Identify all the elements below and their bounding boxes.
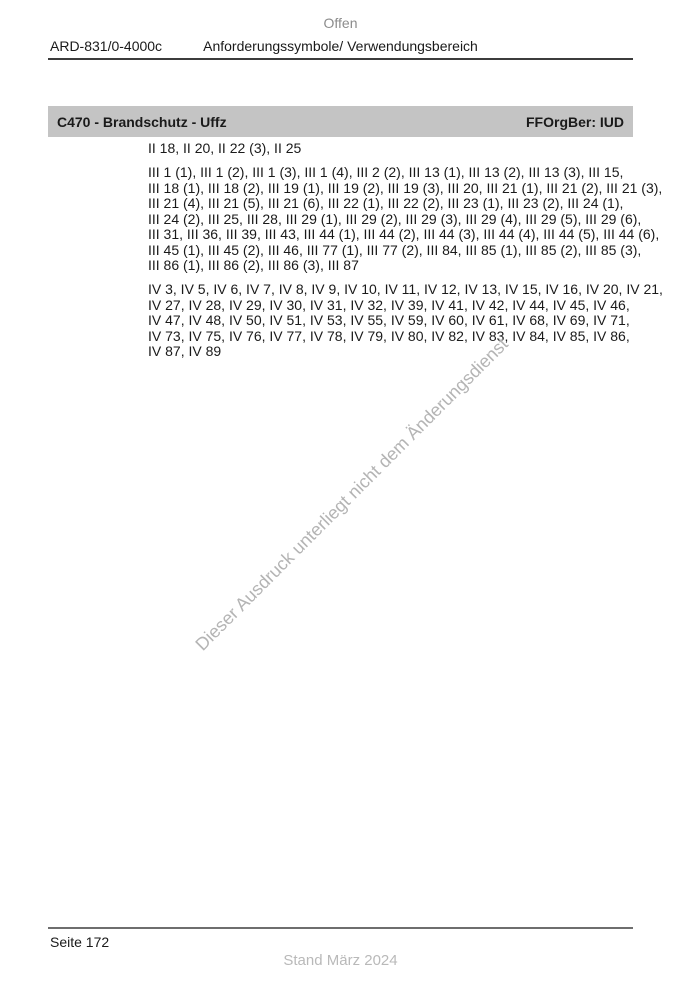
section-title: C470 - Brandschutz - Uffz — [57, 114, 227, 130]
symbol-line: III 45 (1), III 45 (2), III 46, III 77 (… — [148, 243, 638, 259]
document-date-label: Stand März 2024 — [48, 952, 633, 969]
symbol-line: IV 87, IV 89 — [148, 344, 638, 360]
symbol-line: III 1 (1), III 1 (2), III 1 (3), III 1 (… — [148, 165, 638, 181]
page-number-label: Seite 172 — [50, 934, 109, 950]
symbol-line: III 86 (1), III 86 (2), III 86 (3), III … — [148, 258, 638, 274]
footer-rule — [48, 927, 633, 929]
header-title: Anforderungssymbole/ Verwendungsbereich — [48, 38, 633, 54]
header-rule — [48, 58, 633, 60]
symbol-line: IV 3, IV 5, IV 6, IV 7, IV 8, IV 9, IV 1… — [148, 282, 638, 298]
symbol-paragraph: II 18, II 20, II 22 (3), II 25 — [148, 141, 638, 157]
symbol-line: IV 73, IV 75, IV 76, IV 77, IV 78, IV 79… — [148, 329, 638, 345]
symbol-list: II 18, II 20, II 22 (3), II 25III 1 (1),… — [148, 141, 638, 368]
symbol-line: III 31, III 36, III 39, III 43, III 44 (… — [148, 227, 638, 243]
symbol-line: IV 47, IV 48, IV 50, IV 51, IV 53, IV 55… — [148, 313, 638, 329]
symbol-line: III 18 (1), III 18 (2), III 19 (1), III … — [148, 181, 638, 197]
section-org-label: FFOrgBer: IUD — [526, 114, 624, 130]
symbol-line: IV 27, IV 28, IV 29, IV 30, IV 31, IV 32… — [148, 298, 638, 314]
document-page: Offen ARD-831/0-4000c Anforderungssymbol… — [0, 0, 700, 990]
symbol-line: III 24 (2), III 25, III 28, III 29 (1), … — [148, 212, 638, 228]
symbol-line: III 21 (4), III 21 (5), III 21 (6), III … — [148, 196, 638, 212]
watermark-text: Dieser Ausdruck unterliegt nicht dem Änd… — [178, 321, 525, 668]
symbol-line: II 18, II 20, II 22 (3), II 25 — [148, 141, 638, 157]
classification-label: Offen — [48, 15, 633, 31]
symbol-paragraph: IV 3, IV 5, IV 6, IV 7, IV 8, IV 9, IV 1… — [148, 282, 638, 360]
symbol-paragraph: III 1 (1), III 1 (2), III 1 (3), III 1 (… — [148, 165, 638, 274]
section-header-bar: C470 - Brandschutz - Uffz FFOrgBer: IUD — [48, 106, 633, 137]
